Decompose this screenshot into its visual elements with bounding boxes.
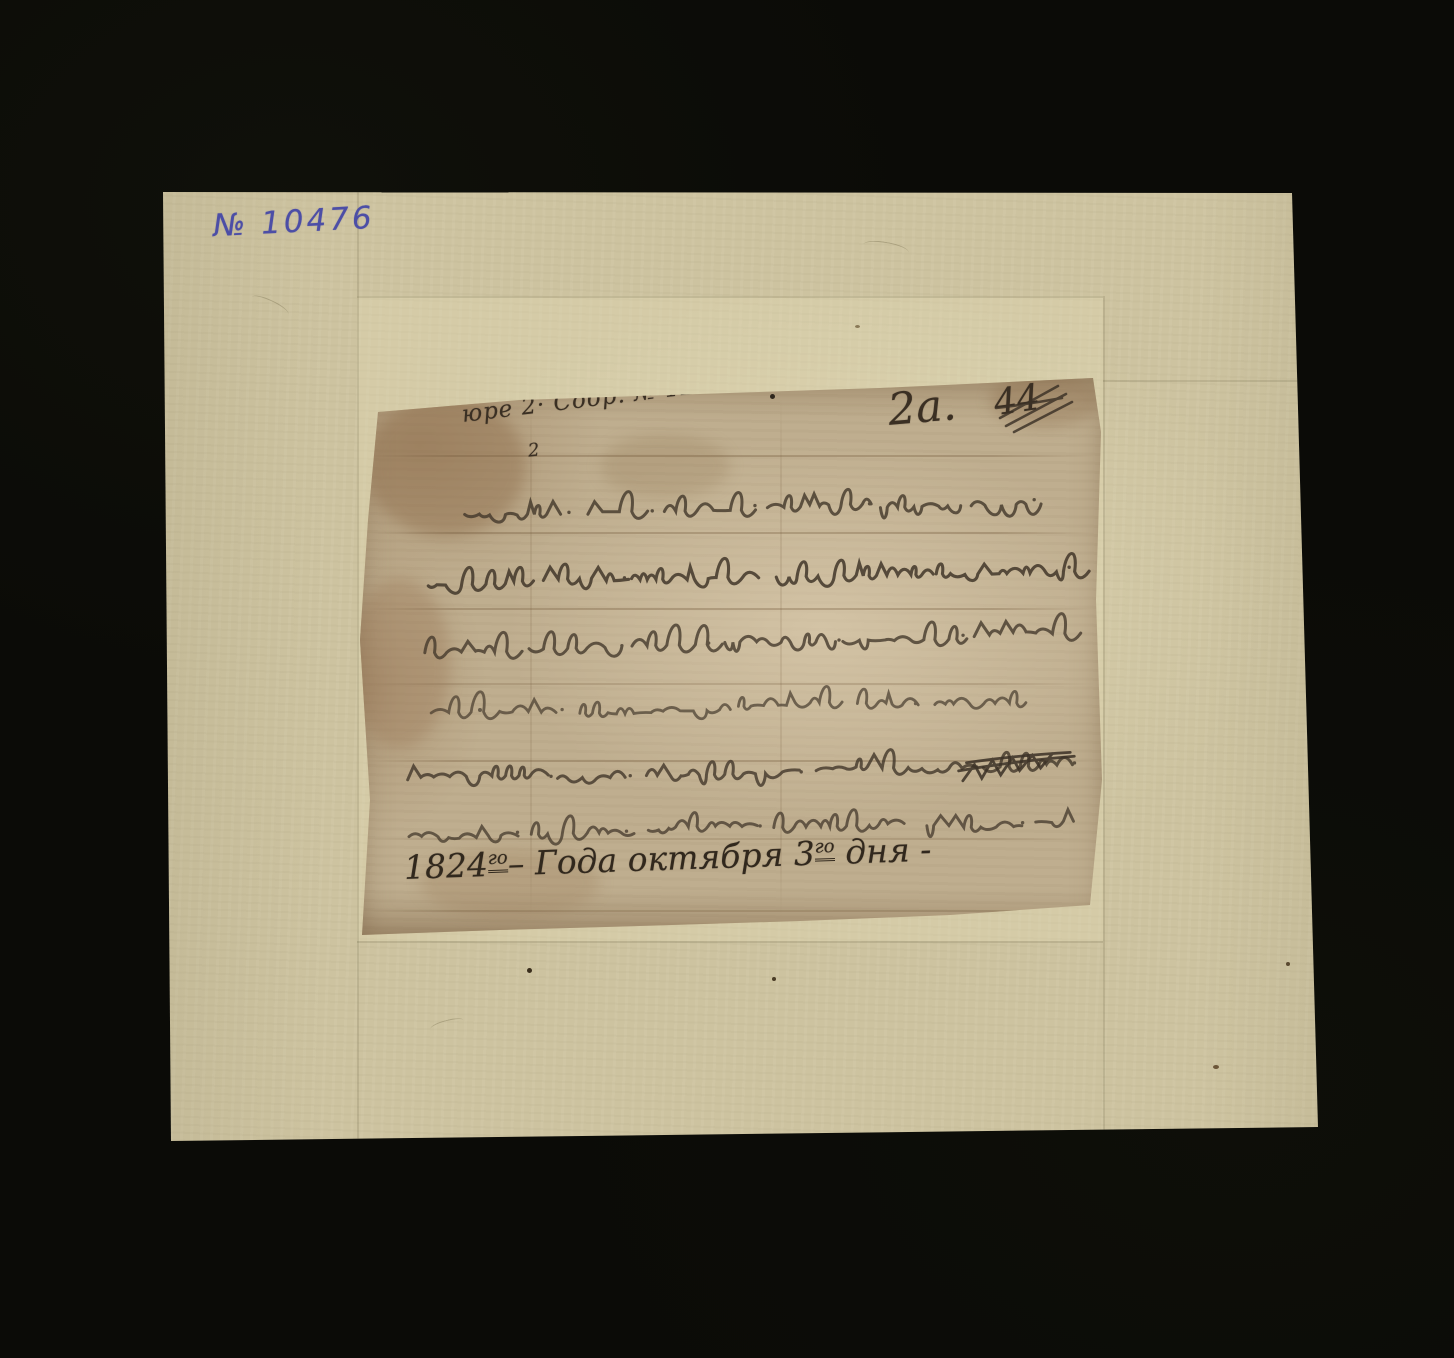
paper-seam	[1103, 296, 1105, 1141]
paper-seam	[357, 296, 1103, 298]
paper-speck	[855, 325, 860, 328]
archival-number-text: № 10476	[212, 200, 375, 244]
mount-paper: № 10476 юре 2· Собр. № 12 2 2a. 44	[163, 192, 1318, 1141]
date-day-suffix: го	[814, 836, 835, 862]
paper-speck	[1213, 1065, 1219, 1069]
paper-seam	[1103, 380, 1315, 382]
handwriting-line-4	[431, 679, 1026, 724]
paper-fiber	[250, 292, 291, 319]
handwriting-line-3	[424, 613, 1081, 660]
paper-speck	[527, 968, 532, 973]
photograph-backdrop: № 10476 юре 2· Собр. № 12 2 2a. 44	[0, 0, 1454, 1358]
archival-number: № 10476	[212, 200, 375, 244]
paper-seam	[357, 192, 359, 1141]
paper-fiber	[862, 238, 910, 259]
handwriting-line-2	[428, 550, 1090, 595]
date-tail: дня	[834, 830, 910, 872]
paper-speck	[772, 977, 776, 981]
date-day: 3	[793, 834, 815, 874]
paper-speck	[1286, 962, 1290, 966]
date-year: 1824	[403, 845, 488, 887]
paper-fiber	[429, 1016, 464, 1033]
handwriting-line-1	[464, 482, 1041, 528]
date-end-dash: -	[909, 830, 932, 870]
date-dash: –	[507, 844, 525, 884]
paper-seam	[357, 941, 1103, 943]
manuscript-scrap: юре 2· Собр. № 12 2 2a. 44 1824го– Года …	[360, 378, 1105, 938]
date-year-suffix: го	[487, 847, 508, 873]
